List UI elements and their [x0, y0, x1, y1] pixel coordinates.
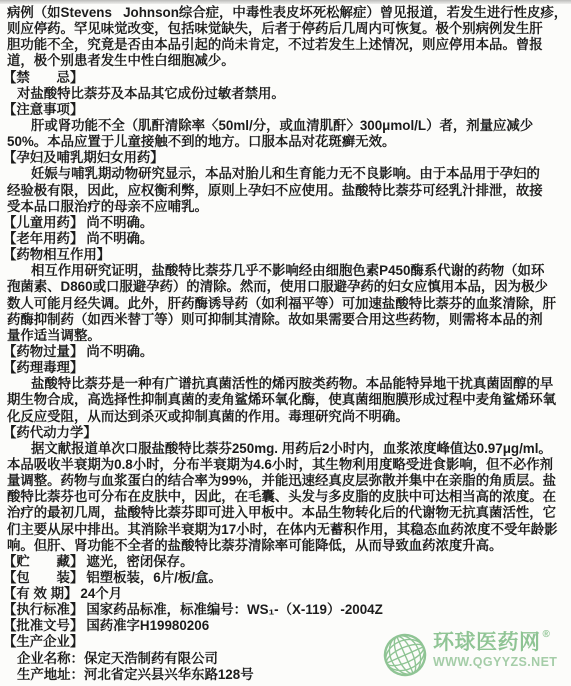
line-text: 肝或肾功能不全（肌酐清除率〈50ml/分，或血清肌酐〉300μmol/L）者，剂…: [31, 118, 533, 133]
leaflet-heading-line: 【包 装】铝塑板装，6片/板/盒。: [0, 570, 571, 586]
section-heading: 【药物过量】: [3, 344, 83, 359]
section-heading: 【贮 藏】: [3, 554, 83, 569]
line-text: 病例（如Stevens Johnson综合症，中毒性表皮坏死松解症）曾见报道，若…: [7, 5, 567, 20]
watermark-url: WWW.QGYYZS.NET: [433, 656, 557, 670]
line-text: 酸特比萘芬也可分布在皮肤中，因此，在毛囊、头发与多皮脂的皮肤中可达相当高的浓度。…: [7, 489, 556, 504]
watermark-brand: 环球医药网: [433, 632, 541, 654]
line-text: 生产地址：河北省定兴县兴华东路128号: [17, 667, 254, 682]
leaflet-heading-line: 【执行标准】国家药品标准，标准编号：WS₁-（X-119）-2004Z: [0, 602, 571, 618]
line-text: 化反应受阻，从而达到杀灭或抑制真菌的作用。毒理研究尚不明确。: [7, 409, 409, 424]
leaflet-text-line: 孢菌素、D860或口服避孕药）的清除。然而，使用口服避孕药的妇女应慎用本品，因为…: [0, 279, 571, 295]
line-text: 治疗的最初几周，盐酸特比萘芬即可进入甲板中。本品生物转化后的代谢物无抗真菌活性，…: [7, 505, 556, 520]
line-text: 遮光，密闭保存。: [86, 554, 193, 569]
leaflet-text-line: 道，极个别患者发生中性白细胞减少。: [0, 53, 571, 69]
section-heading: 【孕妇及哺乳期妇女用药】: [3, 150, 164, 165]
leaflet-heading-line: 【药代动力学】: [0, 425, 571, 441]
line-text: 据文献报道单次口服盐酸特比萘芬250mg. 用药后2小时内，血浆浓度峰值达0.9…: [31, 441, 552, 456]
section-heading: 【生产企业】: [3, 634, 83, 649]
section-heading: 【有 效 期】: [3, 586, 77, 601]
line-text: 量调整。药物与血浆蛋白的结合率为99%，并能迅速经真皮层弥散并集中在亲脂的角质层…: [7, 473, 556, 488]
leaflet-text-line: 药酶抑制药（如西米替丁等）则可抑制其清除。故如果需要合用这些药物，则需将本品的剂: [0, 312, 571, 328]
line-text: 数人可能月经失调。此外，肝药酶诱导药（如利福平等）可加速盐酸特比萘芬的血浆清除，…: [7, 296, 556, 311]
leaflet-text-line: 胆功能不全，究竟是否由本品引起的尚未肯定，不过若发生上述情况，则应停用本品。曾报: [0, 37, 571, 53]
globe-icon: [382, 632, 428, 683]
line-text: 尚不明确。: [86, 344, 153, 359]
leaflet-heading-line: 【药理毒理】: [0, 360, 571, 376]
leaflet-text-line: 盐酸特比萘芬是一种有广谱抗真菌活性的烯丙胺类药物。本品能特异地干扰真菌固醇的早: [0, 376, 571, 392]
section-heading: 【执行标准】: [3, 602, 83, 617]
line-text: 尚不明确。: [86, 231, 153, 246]
leaflet-heading-line: 【儿童用药】尚不明确。: [0, 215, 571, 231]
leaflet-text-line: 据文献报道单次口服盐酸特比萘芬250mg. 用药后2小时内，血浆浓度峰值达0.9…: [0, 441, 571, 457]
section-heading: 【包 装】: [3, 570, 83, 585]
drug-leaflet-page: 病例（如Stevens Johnson综合症，中毒性表皮坏死松解症）曾见报道，若…: [0, 0, 571, 686]
leaflet-text-line: 肝或肾功能不全（肌酐清除率〈50ml/分，或血清肌酐〉300μmol/L）者，剂…: [0, 118, 571, 134]
section-heading: 【老年用药】: [3, 231, 83, 246]
watermark-text-block: 环球医药网 ® WWW.QGYYZS.NET: [433, 632, 557, 670]
section-heading: 【批准文号】: [3, 618, 83, 633]
leaflet-text-line: 经验极有限，因此，应权衡利弊，原则上孕妇不应使用。盐酸特比萘芬可经乳汁排泄，故接: [0, 183, 571, 199]
section-heading: 【儿童用药】: [3, 215, 83, 230]
leaflet-text-line: 数人可能月经失调。此外，肝药酶诱导药（如利福平等）可加速盐酸特比萘芬的血浆清除，…: [0, 296, 571, 312]
leaflet-text-line: 本品吸收半衰期为0.8小时，分布半衰期为4.6小时，其生物利用度略受进食影响，但…: [0, 457, 571, 473]
line-text: 本品吸收半衰期为0.8小时，分布半衰期为4.6小时，其生物利用度略受进食影响，但…: [7, 457, 553, 472]
leaflet-text-line: 对盐酸特比萘芬及本品其它成份过敏者禁用。: [0, 86, 571, 102]
line-text: 们主要从尿中排出。其消除半衰期为17小时，在体内无蓄积作用，其稳态血药浓度不受年…: [7, 522, 558, 537]
line-text: 企业名称：保定天浩制药有限公司: [17, 651, 218, 666]
line-text: 国家药品标准，标准编号：WS₁-（X-119）-2004Z: [86, 602, 382, 617]
section-heading: 【药物相互作用】: [3, 247, 110, 262]
leaflet-heading-line: 【老年用药】尚不明确。: [0, 231, 571, 247]
registered-trademark-icon: ®: [543, 630, 550, 640]
line-text: 药酶抑制药（如西米替丁等）则可抑制其清除。故如果需要合用这些药物，则需将本品的剂: [7, 312, 543, 327]
qgyyzs-watermark: 环球医药网 ® WWW.QGYYZS.NET: [382, 632, 557, 683]
line-text: 则应停药。罕见味觉改变，包括味觉缺失，后者于停药后几周内可恢复。极个别病例发生肝: [7, 21, 543, 36]
leaflet-heading-line: 【贮 藏】遮光，密闭保存。: [0, 554, 571, 570]
leaflet-text-line: 化反应受阻，从而达到杀灭或抑制真菌的作用。毒理研究尚不明确。: [0, 409, 571, 425]
line-text: 相互作用研究证明，盐酸特比萘芬几乎不影响经由细胞色素P450酶系代谢的药物（如环: [31, 263, 544, 278]
leaflet-text-line: 响。但肝、肾功能不全者的盐酸特比萘芬清除率可能降低，从而导致血药浓度升高。: [0, 538, 571, 554]
leaflet-heading-line: 【有 效 期】24个月: [0, 586, 571, 602]
leaflet-heading-line: 【孕妇及哺乳期妇女用药】: [0, 150, 571, 166]
leaflet-text-line: 妊娠与哺乳期动物研究显示，本品对胎儿和生育能力无不良影响。由于本品用于孕妇的: [0, 166, 571, 182]
line-text: 响。但肝、肾功能不全者的盐酸特比萘芬清除率可能降低，从而导致血药浓度升高。: [7, 538, 502, 553]
leaflet-heading-line: 【药物相互作用】: [0, 247, 571, 263]
leaflet-text: 病例（如Stevens Johnson综合症，中毒性表皮坏死松解症）曾见报道，若…: [0, 5, 571, 683]
leaflet-text-line: 们主要从尿中排出。其消除半衰期为17小时，在体内无蓄积作用，其稳态血药浓度不受年…: [0, 522, 571, 538]
scan-edge-artifact: [0, 0, 571, 4]
leaflet-heading-line: 【注意事项】: [0, 102, 571, 118]
leaflet-text-line: 50%。本品应置于儿童接触不到的地方。口服本品对花斑癣无效。: [0, 134, 571, 150]
leaflet-text-line: 受本品口服治疗的母亲不应哺乳。: [0, 199, 571, 215]
line-text: 50%。本品应置于儿童接触不到的地方。口服本品对花斑癣无效。: [7, 134, 395, 149]
leaflet-text-line: 量调整。药物与血浆蛋白的结合率为99%，并能迅速经真皮层弥散并集中在亲脂的角质层…: [0, 473, 571, 489]
section-heading: 【药理毒理】: [3, 360, 83, 375]
line-text: 铝塑板装，6片/板/盒。: [86, 570, 221, 585]
leaflet-text-line: 量作适当调整。: [0, 328, 571, 344]
line-text: 量作适当调整。: [7, 328, 101, 343]
line-text: 期生物合成，高选择性抑制真菌的麦角鲨烯环氧化酶，使真菌细胞膜形成过程中麦角鲨烯环…: [7, 392, 556, 407]
leaflet-heading-line: 【药物过量】尚不明确。: [0, 344, 571, 360]
line-text: 经验极有限，因此，应权衡利弊，原则上孕妇不应使用。盐酸特比萘芬可经乳汁排泄，故接: [7, 183, 543, 198]
leaflet-text-line: 则应停药。罕见味觉改变，包括味觉缺失，后者于停药后几周内可恢复。极个别病例发生肝: [0, 21, 571, 37]
line-text: 胆功能不全，究竟是否由本品引起的尚未肯定，不过若发生上述情况，则应停用本品。曾报: [7, 37, 543, 52]
line-text: 妊娠与哺乳期动物研究显示，本品对胎儿和生育能力无不良影响。由于本品用于孕妇的: [31, 166, 540, 181]
line-text: 国药准字H19980206: [86, 618, 209, 633]
line-text: 24个月: [80, 586, 122, 601]
leaflet-text-line: 病例（如Stevens Johnson综合症，中毒性表皮坏死松解症）曾见报道，若…: [0, 5, 571, 21]
leaflet-text-line: 治疗的最初几周，盐酸特比萘芬即可进入甲板中。本品生物转化后的代谢物无抗真菌活性，…: [0, 505, 571, 521]
line-text: 对盐酸特比萘芬及本品其它成份过敏者禁用。: [17, 86, 285, 101]
section-heading: 【禁 忌】: [3, 70, 83, 85]
line-text: 道，极个别患者发生中性白细胞减少。: [7, 53, 235, 68]
section-heading: 【注意事项】: [3, 102, 83, 117]
leaflet-text-line: 酸特比萘芬也可分布在皮肤中，因此，在毛囊、头发与多皮脂的皮肤中可达相当高的浓度。…: [0, 489, 571, 505]
section-heading: 【药代动力学】: [3, 425, 97, 440]
line-text: 孢菌素、D860或口服避孕药）的清除。然而，使用口服避孕药的妇女应慎用本品，因为…: [7, 279, 548, 294]
line-text: 尚不明确。: [86, 215, 153, 230]
leaflet-text-line: 期生物合成，高选择性抑制真菌的麦角鲨烯环氧化酶，使真菌细胞膜形成过程中麦角鲨烯环…: [0, 392, 571, 408]
line-text: 盐酸特比萘芬是一种有广谱抗真菌活性的烯丙胺类药物。本品能特异地干扰真菌固醇的早: [31, 376, 553, 391]
leaflet-heading-line: 【禁 忌】: [0, 70, 571, 86]
line-text: 受本品口服治疗的母亲不应哺乳。: [7, 199, 208, 214]
leaflet-text-line: 相互作用研究证明，盐酸特比萘芬几乎不影响经由细胞色素P450酶系代谢的药物（如环: [0, 263, 571, 279]
